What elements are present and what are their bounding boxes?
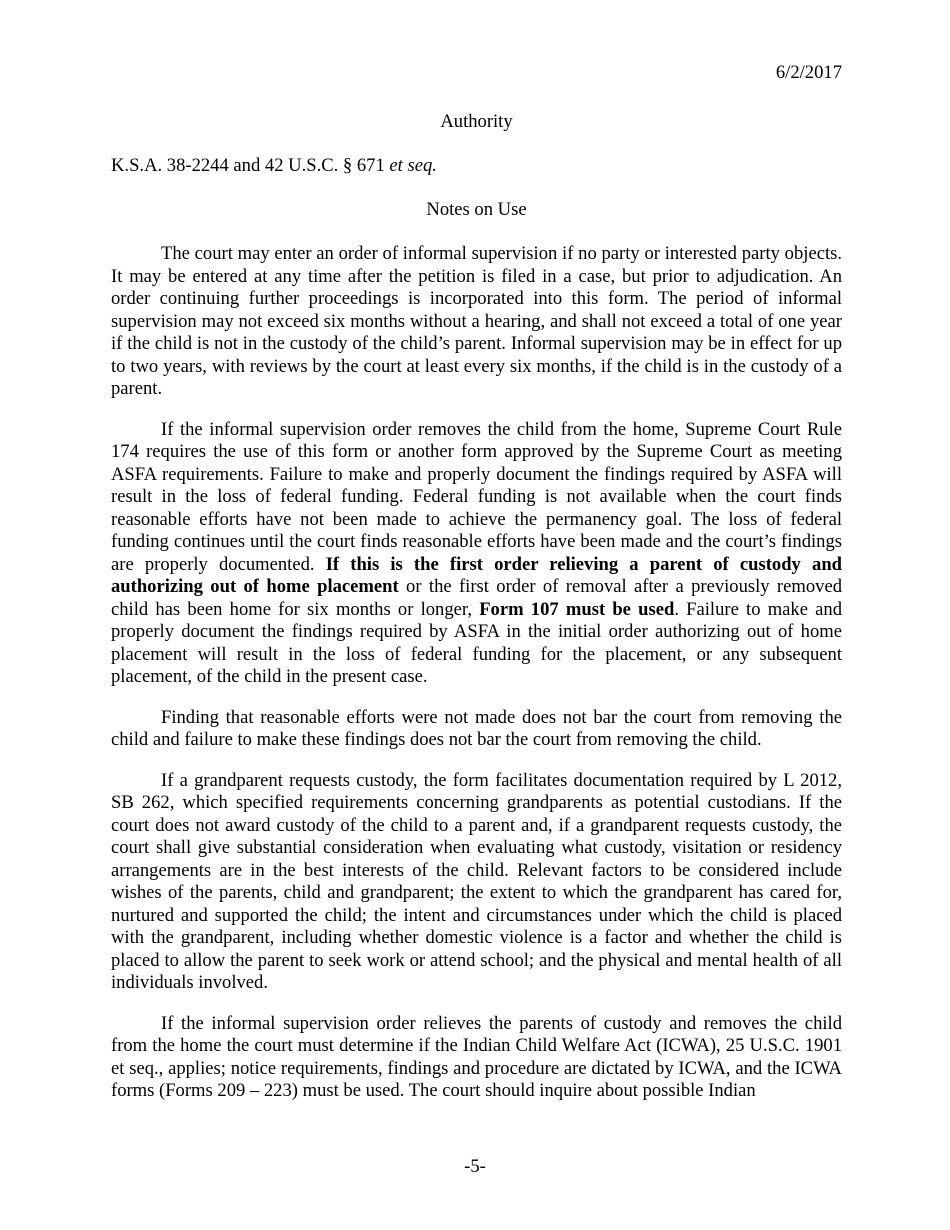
asfa-run-bold-form-107: Form 107 must be used [479,599,674,620]
document-page: 6/2/2017 Authority K.S.A. 38-2244 and 42… [0,0,950,1230]
paragraph-reasonable-efforts: Finding that reasonable efforts were not… [111,707,842,752]
page-number: -5- [0,1156,950,1179]
paragraph-asfa-requirements: If the informal supervision order remove… [111,419,842,689]
paragraph-icwa: If the informal supervision order reliev… [111,1013,842,1103]
paragraph-grandparent-custody: If a grandparent requests custody, the f… [111,770,842,995]
document-date: 6/2/2017 [111,62,842,85]
statute-citation-text: K.S.A. 38-2244 and 42 U.S.C. § 671 [111,155,389,176]
statute-citation-et-seq: et seq. [389,155,437,176]
statute-citation: K.S.A. 38-2244 and 42 U.S.C. § 671 et se… [111,155,842,178]
asfa-run-regular-1: If the informal supervision order remove… [111,419,842,575]
authority-heading: Authority [111,111,842,134]
paragraph-informal-supervision: The court may enter an order of informal… [111,243,842,401]
notes-on-use-heading: Notes on Use [111,199,842,222]
